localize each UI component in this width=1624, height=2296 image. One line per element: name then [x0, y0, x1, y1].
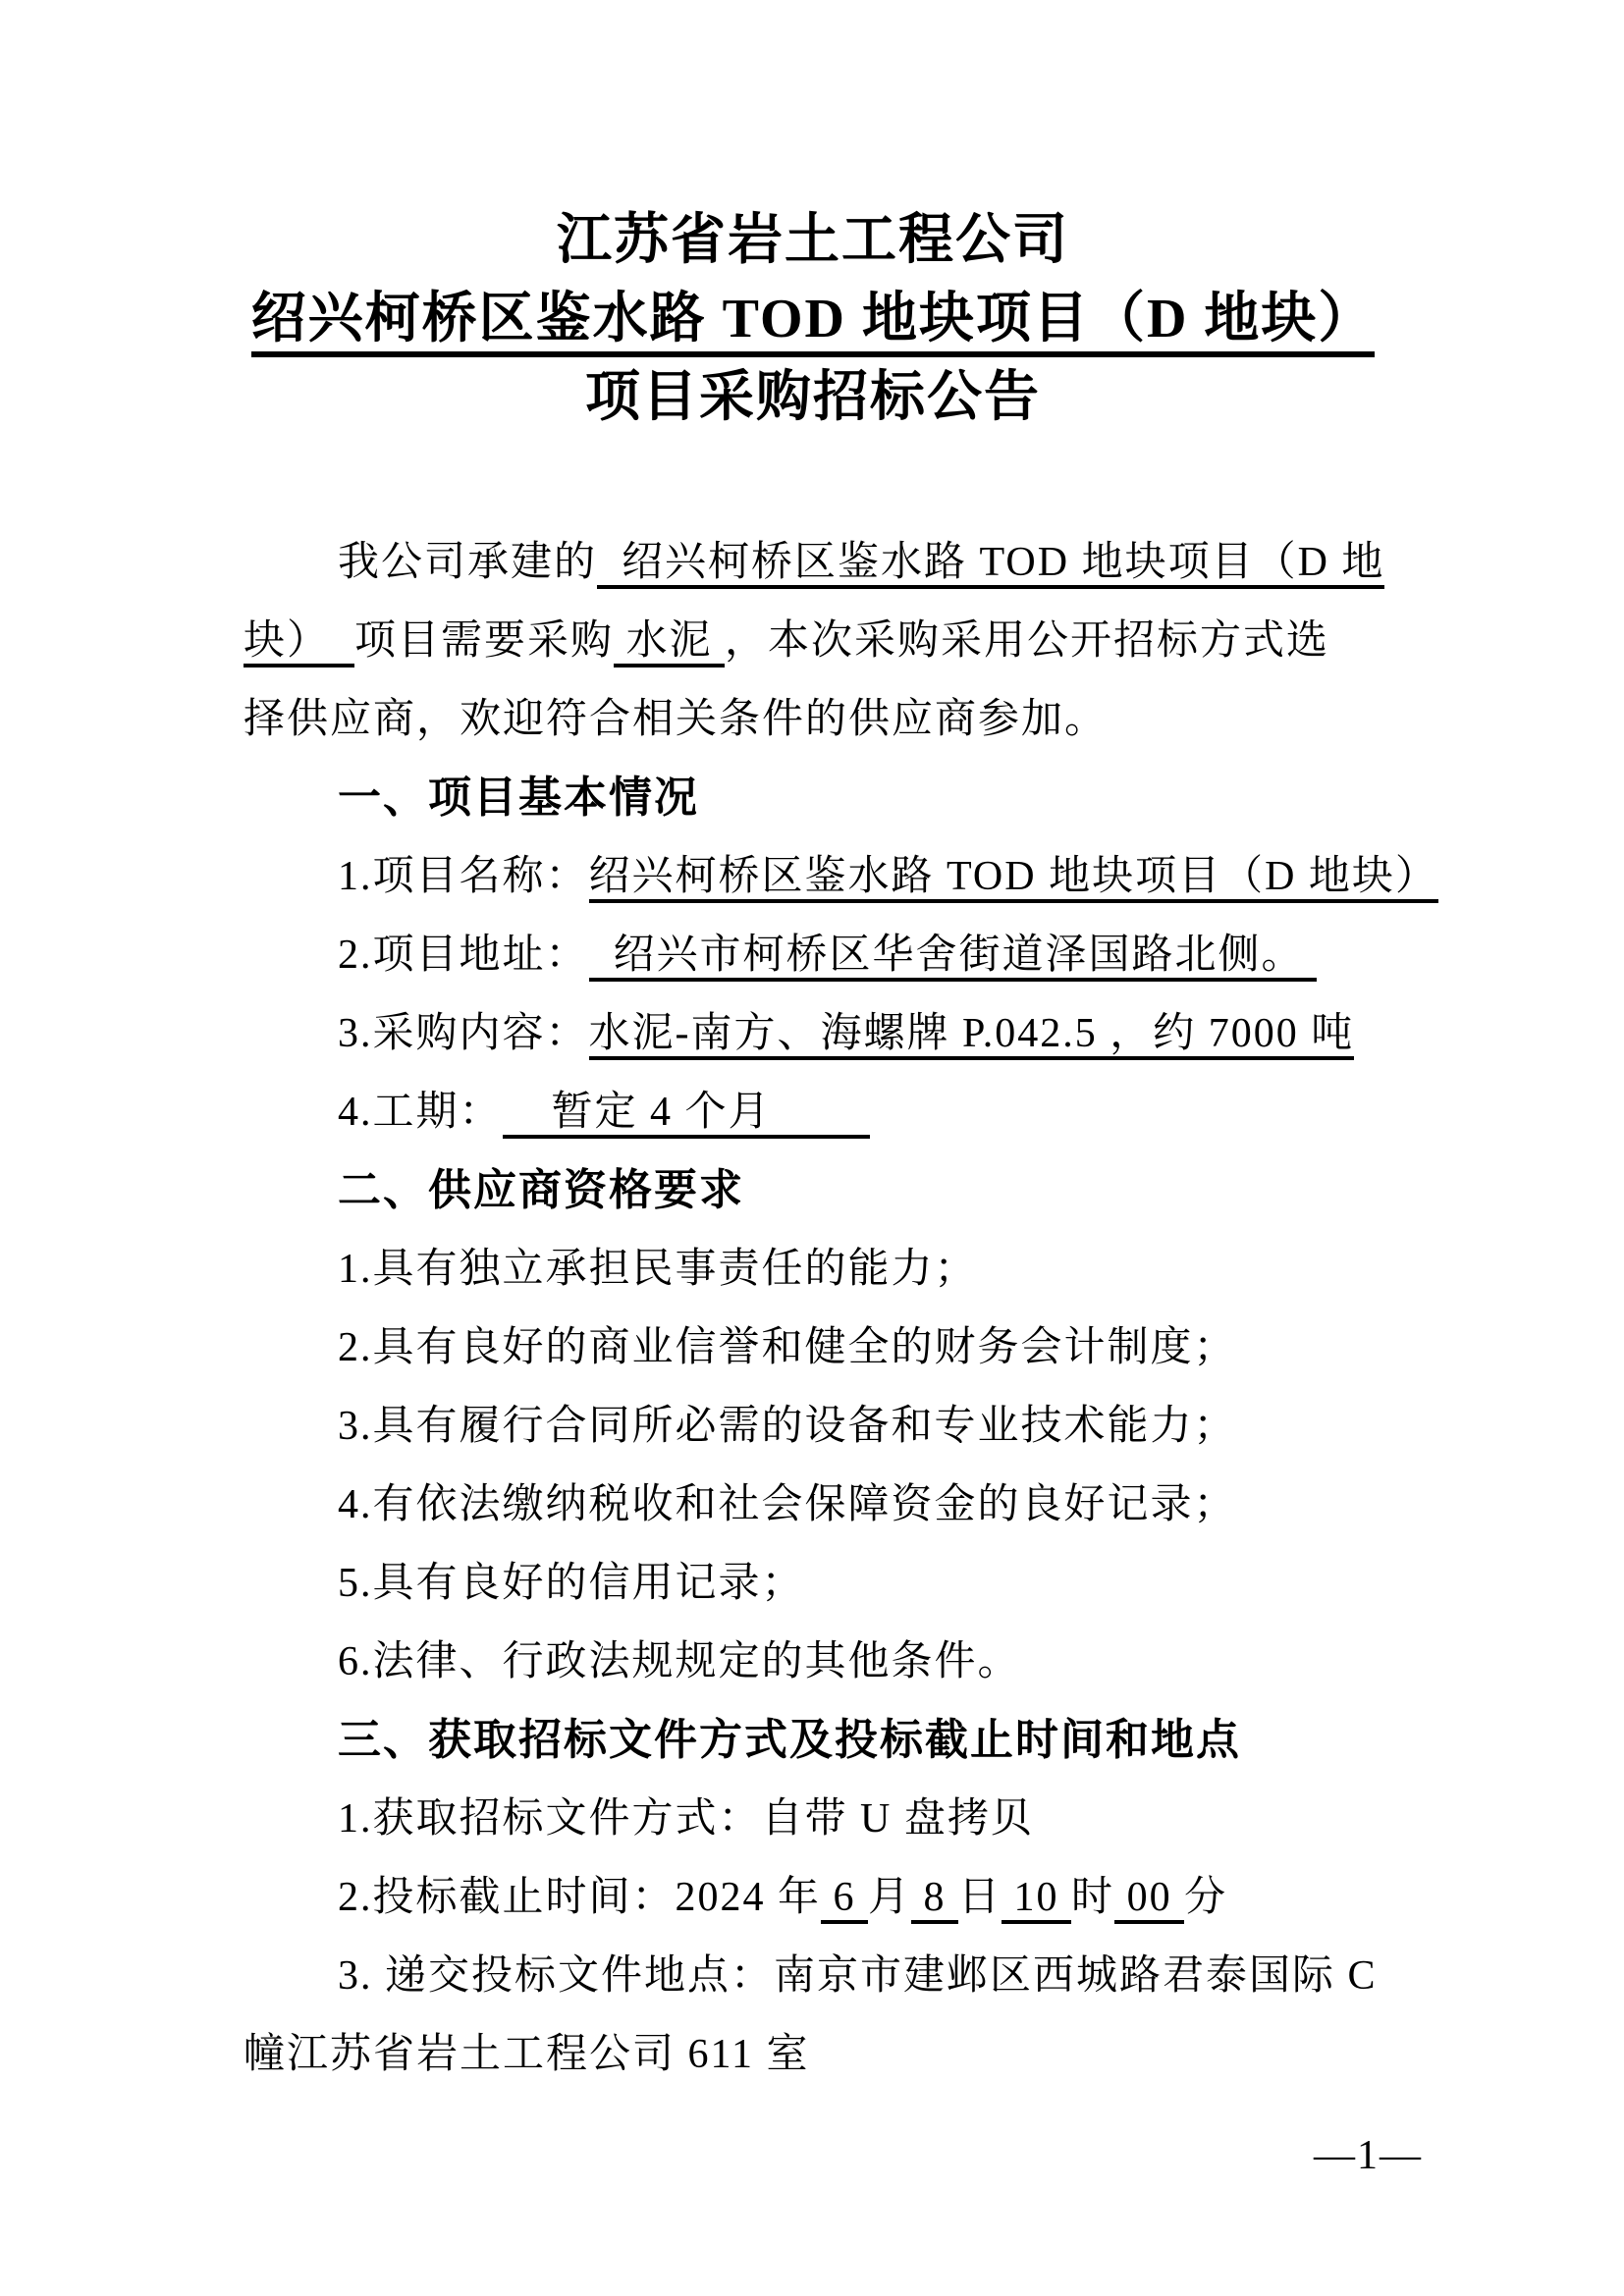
- title-block: 江苏省岩土工程公司绍兴柯桥区鉴水路 TOD 地块项目（D 地块）项目采购招标公告: [244, 201, 1382, 437]
- text-segment: 4.有依法缴纳税收和社会保障资金的良好记录；: [338, 1482, 1237, 1527]
- text-line: 2.投标截止时间：2024 年 6 月 8 日 10 时 00 分: [244, 1858, 1382, 1937]
- document-title-line: 绍兴柯桥区鉴水路 TOD 地块项目（D 地块）: [244, 280, 1382, 358]
- text-segment: 3. 递交投标文件地点：南京市建邺区西城路君泰国际 C: [338, 1953, 1378, 1999]
- text-segment: 一、项目基本情况: [338, 774, 699, 822]
- underlined-field: 块）: [244, 618, 354, 667]
- text-segment: 6.法律、行政法规规定的其他条件。: [338, 1639, 1021, 1684]
- text-segment: 1.获取招标文件方式：自带 U 盘拷贝: [338, 1796, 1034, 1842]
- text-segment: 日: [958, 1875, 1001, 1920]
- text-line: 3. 递交投标文件地点：南京市建邺区西城路君泰国际 C: [244, 1937, 1382, 2015]
- text-segment: 3.采购内容：: [338, 1011, 589, 1056]
- underlined-title-text: 绍兴柯桥区鉴水路 TOD 地块项目（D 地块）: [251, 289, 1376, 357]
- text-segment: 2.投标截止时间：2024 年: [338, 1875, 821, 1920]
- text-segment: 三、获取招标文件方式及投标截止时间和地点: [338, 1716, 1241, 1764]
- section-heading: 一、项目基本情况: [244, 759, 1382, 837]
- text-line: 4.工期： 暂定 4 个月: [244, 1073, 1382, 1151]
- underlined-field: 暂定 4 个月: [503, 1090, 870, 1139]
- document-body: 我公司承建的 绍兴柯桥区鉴水路 TOD 地块项目（D 地块） 项目需要采购 水泥…: [244, 523, 1382, 2094]
- text-line: 择供应商，欢迎符合相关条件的供应商参加。: [244, 680, 1382, 759]
- text-segment: 择供应商，欢迎符合相关条件的供应商参加。: [244, 697, 1108, 742]
- text-segment: ，本次采购采用公开招标方式选: [725, 618, 1329, 664]
- text-line: 1.项目名称：绍兴柯桥区鉴水路 TOD 地块项目（D 地块）: [244, 837, 1382, 916]
- underlined-field: 绍兴市柯桥区华舍街道泽国路北侧。: [589, 933, 1318, 982]
- underlined-field: 绍兴柯桥区鉴水路 TOD 地块项目（D 地: [597, 540, 1384, 589]
- text-line: 1.具有独立承担民事责任的能力；: [244, 1230, 1382, 1308]
- text-line: 幢江苏省岩土工程公司 611 室: [244, 2015, 1382, 2094]
- section-heading: 三、获取招标文件方式及投标截止时间和地点: [244, 1701, 1382, 1780]
- underlined-field: 水泥-南方、海螺牌 P.042.5 ，约 7000 吨: [589, 1011, 1355, 1060]
- text-line: 2.项目地址： 绍兴市柯桥区华舍街道泽国路北侧。: [244, 916, 1382, 994]
- title-text: 江苏省岩土工程公司: [557, 210, 1069, 271]
- text-line: 1.获取招标文件方式：自带 U 盘拷贝: [244, 1780, 1382, 1858]
- text-segment: 1.项目名称：: [338, 854, 589, 899]
- text-line: 块） 项目需要采购 水泥 ，本次采购采用公开招标方式选: [244, 602, 1382, 680]
- underlined-field: 00: [1114, 1875, 1184, 1924]
- page-number: —1—: [1314, 2120, 1423, 2191]
- text-line: 3.采购内容：水泥-南方、海螺牌 P.042.5 ，约 7000 吨: [244, 994, 1382, 1073]
- text-segment: 2.项目地址：: [338, 933, 589, 978]
- title-text: 项目采购招标公告: [585, 367, 1041, 428]
- text-line: 6.法律、行政法规规定的其他条件。: [244, 1623, 1382, 1701]
- text-segment: 2.具有良好的商业信誉和健全的财务会计制度；: [338, 1325, 1237, 1370]
- document-page: 江苏省岩土工程公司绍兴柯桥区鉴水路 TOD 地块项目（D 地块）项目采购招标公告…: [0, 0, 1624, 2296]
- document-content: 江苏省岩土工程公司绍兴柯桥区鉴水路 TOD 地块项目（D 地块）项目采购招标公告…: [244, 201, 1382, 2094]
- text-line: 3.具有履行合同所必需的设备和专业技术能力；: [244, 1387, 1382, 1466]
- document-title-line: 江苏省岩土工程公司: [244, 201, 1382, 280]
- text-segment: 1.具有独立承担民事责任的能力；: [338, 1247, 978, 1292]
- text-line: 4.有依法缴纳税收和社会保障资金的良好记录；: [244, 1466, 1382, 1544]
- underlined-field: 8: [911, 1875, 958, 1924]
- text-segment: 时: [1071, 1875, 1114, 1920]
- text-segment: 5.具有良好的信用记录；: [338, 1561, 805, 1606]
- underlined-field: 10: [1001, 1875, 1071, 1924]
- text-line: 我公司承建的 绍兴柯桥区鉴水路 TOD 地块项目（D 地: [244, 523, 1382, 602]
- text-segment: 4.工期：: [338, 1090, 503, 1135]
- text-segment: 我公司承建的: [338, 540, 597, 585]
- text-segment: 项目需要采购: [354, 618, 614, 664]
- underlined-field: 水泥: [614, 618, 725, 667]
- text-segment: 幢江苏省岩土工程公司 611 室: [244, 2032, 809, 2077]
- text-line: 5.具有良好的信用记录；: [244, 1544, 1382, 1623]
- text-segment: 二、供应商资格要求: [338, 1166, 744, 1214]
- document-title-line: 项目采购招标公告: [244, 358, 1382, 437]
- text-line: 2.具有良好的商业信誉和健全的财务会计制度；: [244, 1308, 1382, 1387]
- text-segment: 分: [1184, 1875, 1227, 1920]
- underlined-field: 绍兴柯桥区鉴水路 TOD 地块项目（D 地块）: [589, 854, 1438, 903]
- text-segment: 3.具有履行合同所必需的设备和专业技术能力；: [338, 1404, 1237, 1449]
- section-heading: 二、供应商资格要求: [244, 1151, 1382, 1230]
- text-segment: 月: [868, 1875, 911, 1920]
- underlined-field: 6: [821, 1875, 868, 1924]
